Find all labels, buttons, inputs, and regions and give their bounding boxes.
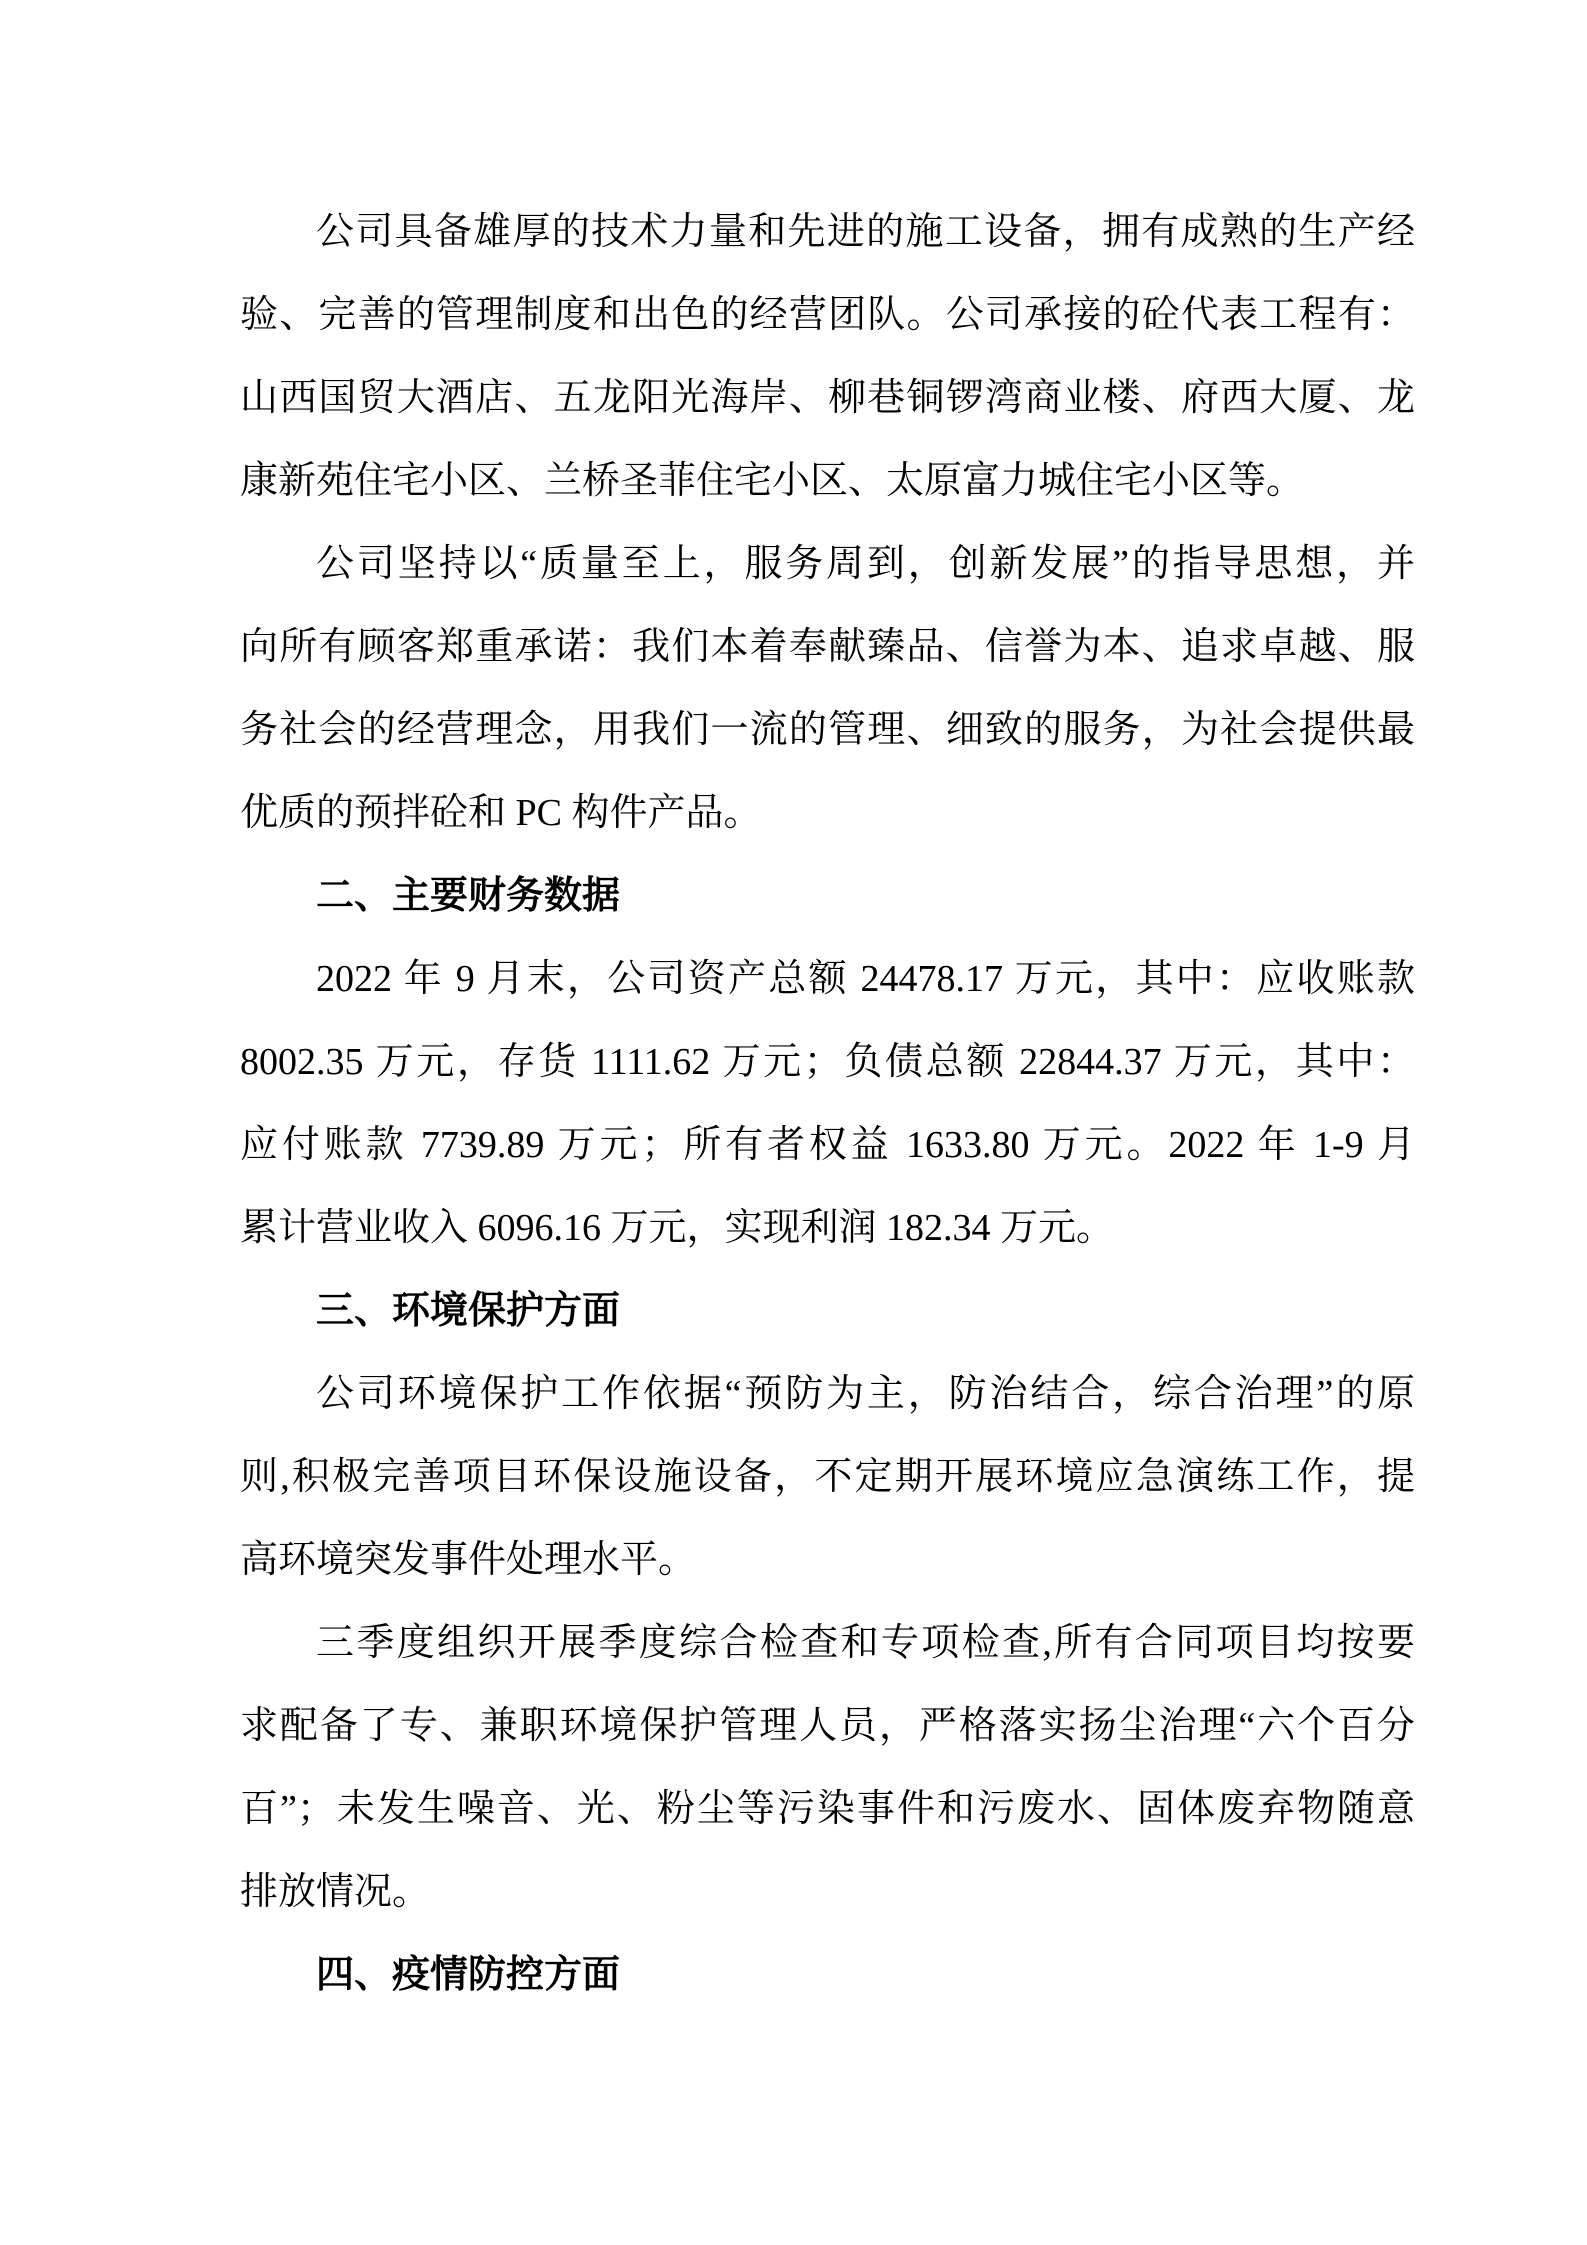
document-line: 高环境突发事件处理水平。	[240, 1519, 1415, 1602]
document-line: 山西国贸大酒店、五龙阳光海岸、柳巷铜锣湾商业楼、府西大厦、龙	[240, 357, 1415, 440]
section-heading: 二、主要财务数据	[240, 855, 1415, 938]
section-heading: 三、环境保护方面	[240, 1270, 1415, 1353]
document-line: 验、完善的管理制度和出色的经营团队。公司承接的砼代表工程有：	[240, 274, 1415, 357]
document-line: 公司具备雄厚的技术力量和先进的施工设备，拥有成熟的生产经	[240, 191, 1415, 274]
document-line: 优质的预拌砼和 PC 构件产品。	[240, 772, 1415, 855]
document-line: 8002.35 万元，存货 1111.62 万元；负债总额 22844.37 万…	[240, 1021, 1415, 1104]
document-body: 公司具备雄厚的技术力量和先进的施工设备，拥有成熟的生产经验、完善的管理制度和出色…	[240, 191, 1415, 2017]
section-heading: 四、疫情防控方面	[240, 1934, 1415, 2017]
document-line: 排放情况。	[240, 1851, 1415, 1934]
document-line: 康新苑住宅小区、兰桥圣菲住宅小区、太原富力城住宅小区等。	[240, 440, 1415, 523]
document-line: 2022 年 9 月末，公司资产总额 24478.17 万元，其中：应收账款	[240, 938, 1415, 1021]
document-line: 应付账款 7739.89 万元；所有者权益 1633.80 万元。2022 年 …	[240, 1104, 1415, 1187]
document-line: 公司环境保护工作依据“预防为主，防治结合，综合治理”的原	[240, 1353, 1415, 1436]
document-line: 公司坚持以“质量至上，服务周到，创新发展”的指导思想，并	[240, 523, 1415, 606]
document-line: 三季度组织开展季度综合检查和专项检查,所有合同项目均按要	[240, 1602, 1415, 1685]
document-line: 累计营业收入 6096.16 万元，实现利润 182.34 万元。	[240, 1187, 1415, 1270]
document-line: 务社会的经营理念，用我们一流的管理、细致的服务，为社会提供最	[240, 689, 1415, 772]
document-line: 求配备了专、兼职环境保护管理人员，严格落实扬尘治理“六个百分	[240, 1685, 1415, 1768]
document-line: 百”；未发生噪音、光、粉尘等污染事件和污废水、固体废弃物随意	[240, 1768, 1415, 1851]
document-line: 向所有顾客郑重承诺：我们本着奉献臻品、信誉为本、追求卓越、服	[240, 606, 1415, 689]
document-line: 则,积极完善项目环保设施设备，不定期开展环境应急演练工作，提	[240, 1436, 1415, 1519]
document-page: 公司具备雄厚的技术力量和先进的施工设备，拥有成熟的生产经验、完善的管理制度和出色…	[0, 0, 1587, 2245]
